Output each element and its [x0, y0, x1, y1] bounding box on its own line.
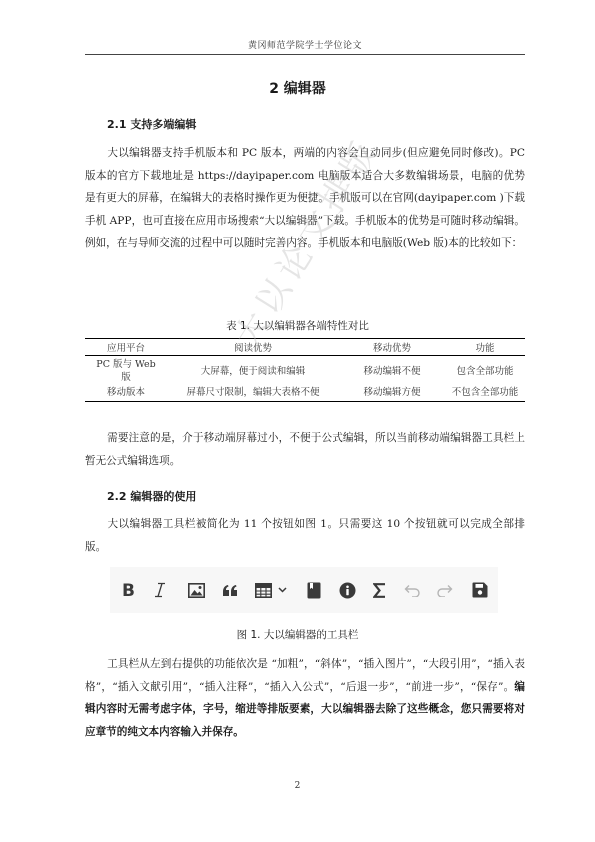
table-icon — [255, 583, 272, 598]
paragraph-multi-platform: 大以编辑器支持手机版本和 PC 版本，两端的内容会自动同步(但应避免同时修改)。… — [85, 142, 525, 255]
insert-image-button — [186, 580, 206, 600]
info-icon — [339, 582, 356, 599]
table-cell: 包含全部功能 — [445, 356, 525, 387]
section-title-2-1: 2.1 支持多端编辑 — [107, 116, 196, 132]
insert-citation-button — [304, 580, 324, 600]
table-cell: 移动编辑不便 — [339, 356, 445, 387]
paragraph-text: 需要注意的是，介于移动端屏幕过小，不便于公式编辑，所以当前移动端编辑器工具栏上暂… — [85, 432, 525, 467]
paragraph-text: 大以编辑器工具栏被简化为 11 个按钮如图 1。只需要这 10 个按钮就可以完成… — [85, 518, 525, 553]
table-cell: 移动编辑方便 — [339, 386, 445, 402]
column-header: 移动优势 — [339, 339, 445, 356]
italic-icon — [153, 582, 167, 598]
paragraph-mobile-note: 需要注意的是，介于移动端屏幕过小，不便于公式编辑，所以当前移动端编辑器工具栏上暂… — [85, 427, 525, 472]
blockquote-button — [220, 580, 240, 600]
quote-icon — [222, 584, 238, 597]
paragraph-toolbar-functions: 工具栏从左到右提供的功能依次是 “加粗”，“斜体”，“插入图片”，“大段引用”，… — [85, 653, 525, 743]
editor-toolbar-figure: B — [110, 567, 498, 613]
paragraph-text: 工具栏从左到右提供的功能依次是 “加粗”，“斜体”，“插入图片”，“大段引用”，… — [85, 658, 525, 693]
table-row: PC 版与 Web 版 大屏幕，便于阅读和编辑 移动编辑不便 包含全部功能 — [85, 356, 525, 387]
comparison-table: 应用平台 阅读优势 移动优势 功能 PC 版与 Web 版 大屏幕，便于阅读和编… — [85, 338, 525, 402]
column-header: 阅读优势 — [167, 339, 339, 356]
table-header-row: 应用平台 阅读优势 移动优势 功能 — [85, 339, 525, 356]
table-cell: 不包含全部功能 — [445, 386, 525, 402]
column-header: 功能 — [445, 339, 525, 356]
redo-button — [434, 580, 454, 600]
column-header: 应用平台 — [85, 339, 167, 356]
table-cell: 大屏幕，便于阅读和编辑 — [167, 356, 339, 387]
sigma-icon — [373, 583, 386, 598]
section-title-2-2: 2.2 编辑器的使用 — [107, 488, 196, 504]
table-caption: 表 1. 大以编辑器各端特性对比 — [0, 318, 595, 333]
bold-icon: B — [121, 582, 135, 598]
insert-note-button — [337, 580, 357, 600]
italic-button — [150, 580, 170, 600]
chapter-title: 2 编辑器 — [0, 78, 595, 98]
table-cell: 移动版本 — [85, 386, 167, 402]
insert-table-button — [253, 580, 273, 600]
undo-button — [402, 580, 422, 600]
running-header: 黄冈师范学院学士学位论文 — [85, 38, 525, 55]
table-cell: 屏幕尺寸限制，编辑大表格不便 — [167, 386, 339, 402]
save-icon — [472, 582, 488, 598]
insert-formula-button — [369, 580, 389, 600]
save-button — [470, 580, 490, 600]
image-icon — [188, 583, 205, 598]
redo-icon — [436, 584, 453, 597]
table-row: 移动版本 屏幕尺寸限制，编辑大表格不便 移动编辑方便 不包含全部功能 — [85, 386, 525, 402]
page-number: 2 — [0, 781, 595, 791]
bold-button: B — [118, 580, 138, 600]
table-dropdown-button — [276, 580, 288, 600]
undo-icon — [404, 584, 421, 597]
table-cell: PC 版与 Web 版 — [85, 356, 167, 387]
svg-text:B: B — [122, 582, 135, 598]
figure-caption: 图 1. 大以编辑器的工具栏 — [0, 627, 595, 642]
chevron-down-icon — [278, 587, 287, 593]
paragraph-toolbar-intro: 大以编辑器工具栏被简化为 11 个按钮如图 1。只需要这 10 个按钮就可以完成… — [85, 513, 525, 558]
paragraph-text: 大以编辑器支持手机版本和 PC 版本，两端的内容会自动同步(但应避免同时修改)。… — [85, 147, 525, 249]
book-icon — [307, 582, 321, 599]
